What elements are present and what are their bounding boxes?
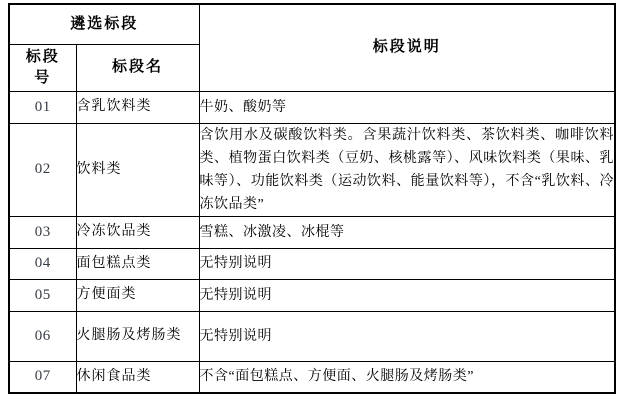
bid-no-cell: 03: [9, 216, 76, 248]
table-row: 05 方便面类 无特别说明: [9, 279, 615, 311]
header-section-no-label: 标段号: [20, 47, 66, 89]
bid-name-cell: 饮料类: [76, 123, 199, 216]
bid-no-cell: 01: [9, 91, 76, 123]
bid-sections-table: 遴选标段 标段说明 标段号 标段名 01 含乳饮料类 牛奶、酸奶等 02 饮料类…: [8, 3, 616, 394]
bid-no-cell: 06: [9, 311, 76, 361]
header-section-name: 标段名: [76, 44, 199, 91]
bid-no-cell: 04: [9, 248, 76, 279]
bid-desc-cell: 牛奶、酸奶等: [199, 91, 615, 123]
header-section-no: 标段号: [9, 44, 76, 91]
table-row: 07 休闲食品类 不含“面包糕点、方便面、火腿肠及烤肠类”: [9, 361, 615, 393]
bid-name-cell: 含乳饮料类: [76, 91, 199, 123]
bid-desc-cell: 无特别说明: [199, 248, 615, 279]
table-row: 02 饮料类 含饮用水及碳酸饮料类。含果蔬汁饮料类、茶饮料类、咖啡饮料类、植物蛋…: [9, 123, 615, 216]
table-row: 06 火腿肠及烤肠类 无特别说明: [9, 311, 615, 361]
bid-no-cell: 07: [9, 361, 76, 393]
bid-name-cell: 休闲食品类: [76, 361, 199, 393]
bid-desc-cell: 雪糕、冰激凌、冰棍等: [199, 216, 615, 248]
table-row: 01 含乳饮料类 牛奶、酸奶等: [9, 91, 615, 123]
bid-name-cell: 面包糕点类: [76, 248, 199, 279]
bid-desc-cell: 无特别说明: [199, 279, 615, 311]
header-selection-group: 遴选标段: [9, 4, 199, 44]
bid-name-cell: 冷冻饮品类: [76, 216, 199, 248]
table-row: 04 面包糕点类 无特别说明: [9, 248, 615, 279]
bid-name-cell: 方便面类: [76, 279, 199, 311]
table-row: 03 冷冻饮品类 雪糕、冰激凌、冰棍等: [9, 216, 615, 248]
bid-desc-cell: 无特别说明: [199, 311, 615, 361]
header-description: 标段说明: [199, 4, 615, 91]
bid-no-cell: 05: [9, 279, 76, 311]
bid-desc-cell: 不含“面包糕点、方便面、火腿肠及烤肠类”: [199, 361, 615, 393]
document-page: 遴选标段 标段说明 标段号 标段名 01 含乳饮料类 牛奶、酸奶等 02 饮料类…: [0, 0, 622, 396]
bid-desc-cell: 含饮用水及碳酸饮料类。含果蔬汁饮料类、茶饮料类、咖啡饮料类、植物蛋白饮料类（豆奶…: [199, 123, 615, 216]
bid-no-cell: 02: [9, 123, 76, 216]
header-row-group: 遴选标段 标段说明: [9, 4, 615, 44]
bid-name-cell: 火腿肠及烤肠类: [76, 311, 199, 361]
